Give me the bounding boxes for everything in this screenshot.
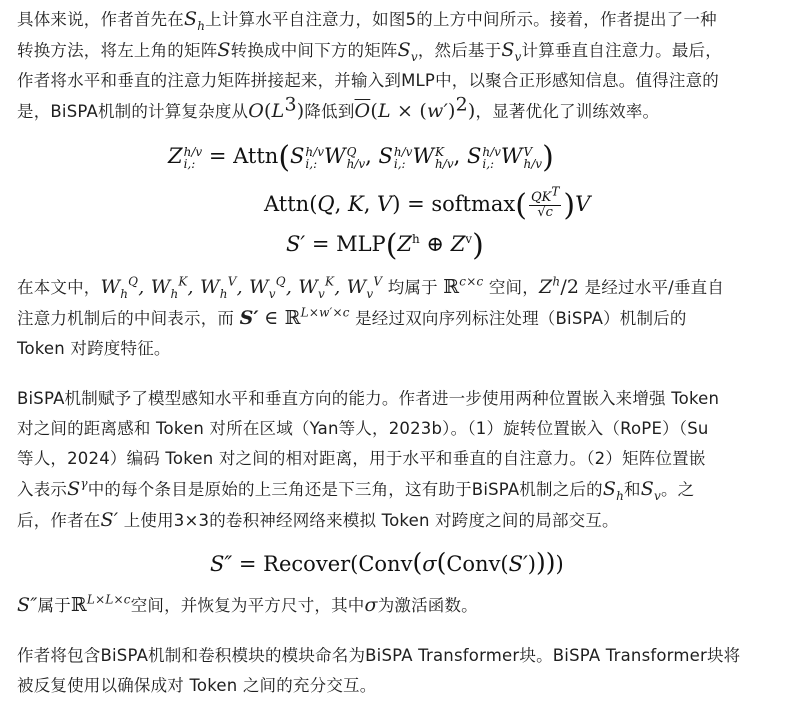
text-line: 作者将水平和垂直的注意力矩阵拼接起来，并输入到MLP中，以聚合正形感知信息。值得… <box>17 66 777 96</box>
math-s-v: Sv <box>398 39 418 61</box>
math: ) <box>448 100 456 122</box>
text: 上计算水平自注意力，如图5的上方中间所示。接着，作者提出了一种 <box>205 10 717 29</box>
math-s-h: Sh <box>184 8 205 30</box>
math: 2 <box>456 94 468 116</box>
math-o-bar: O <box>355 100 371 122</box>
math: w′ <box>427 100 448 122</box>
text-line: 等人，2024）编码 Token 对之间的相对距离，用于水平和垂直的自注意力。（… <box>17 444 777 474</box>
math: ) <box>468 100 476 122</box>
math: ∈ ℝL×w′×c <box>264 307 350 329</box>
text-line: 作者将包含BiSPA机制和卷积模块的模块命名为BiSPA Transformer… <box>17 641 777 671</box>
math-s-prime: S′ <box>101 509 119 531</box>
math-s: S <box>217 39 230 61</box>
text-line: S″属于ℝL×L×c空间，并恢复为平方尺寸，其中σ为激活函数。 <box>17 590 777 621</box>
paragraph-bispa-intro: 具体来说，作者首先在Sh上计算水平自注意力，如图5的上方中间所示。接着，作者提出… <box>17 4 777 127</box>
text: 入表示 <box>17 480 67 499</box>
paragraph-recover: S″属于ℝL×L×c空间，并恢复为平方尺寸，其中σ为激活函数。 <box>17 590 777 621</box>
text: 具体来说，作者首先在 <box>17 10 184 29</box>
equation-attention-hv: Zh/vi,: = Attn(Sh/vi,:WQh/v, Sh/vi,:WKh/… <box>168 140 554 175</box>
math: L <box>378 100 391 122</box>
paragraph-notation: 在本文中，WhQ, WhK, WhV, WvQ, WvK, WvV 均属于 ℝc… <box>17 272 777 364</box>
equation-mlp-concat: S′ = MLP(Zh ⊕ Zv) <box>286 228 484 263</box>
math-s-h: Sh <box>603 478 624 500</box>
document-page: 具体来说，作者首先在Sh上计算水平自注意力，如图5的上方中间所示。接着，作者提出… <box>0 0 796 719</box>
text: 上使用3×3的卷积神经网络来模拟 Token 对跨度之间的局部交互。 <box>124 511 619 530</box>
math-s-v: Sv <box>641 478 661 500</box>
text: 是经过水平/垂直自 <box>585 278 724 297</box>
text-line: 转换方法，将左上角的矩阵S转换成中间下方的矩阵Sv，然后基于Sv计算垂直自注意力… <box>17 35 777 66</box>
math: /2 <box>560 276 579 298</box>
math-real-llc: ℝL×L×c <box>71 594 131 616</box>
text-line: 被反复使用以确保成对 Token 之间的充分交互。 <box>17 671 777 701</box>
text: 属于 <box>38 596 71 615</box>
math: ( <box>264 100 272 122</box>
text: 降低到 <box>304 102 354 121</box>
math-real-cxc: ℝc×c <box>443 276 483 298</box>
text: 中的每个条目是原始的上三角还是下三角，这有助于BiSPA机制之后的 <box>88 480 603 499</box>
text: 是，BiSPA机制的计算复杂度从 <box>17 102 248 121</box>
text-line: BiSPA机制赋予了模型感知水平和垂直方向的能力。作者进一步使用两种位置嵌入来增… <box>17 384 777 414</box>
text: 均属于 <box>388 278 438 297</box>
paragraph-position-embedding: BiSPA机制赋予了模型感知水平和垂直方向的能力。作者进一步使用两种位置嵌入来增… <box>17 384 777 536</box>
text: 。之 <box>661 480 694 499</box>
text: 注意力机制后的中间表示，而 <box>17 309 234 328</box>
text: 计算垂直自注意力。最后， <box>522 41 722 60</box>
text: 为激活函数。 <box>378 596 478 615</box>
text: 空间， <box>489 278 539 297</box>
text-line: 具体来说，作者首先在Sh上计算水平自注意力，如图5的上方中间所示。接着，作者提出… <box>17 4 777 35</box>
text: 转换成中间下方的矩阵 <box>231 41 398 60</box>
text-line: Token 对跨度特征。 <box>17 334 777 364</box>
math-s-v: Sv <box>501 39 521 61</box>
math-o-l3: O <box>248 100 264 122</box>
math-s-gamma: Sγ <box>67 478 88 500</box>
text: 空间，并恢复为平方尺寸，其中 <box>131 596 365 615</box>
math-s-prime: S′ <box>240 307 259 329</box>
math: × ( <box>391 100 427 122</box>
math: 3 <box>285 94 297 116</box>
paragraph-transformer-block: 作者将包含BiSPA机制和卷积模块的模块命名为BiSPA Transformer… <box>17 641 777 701</box>
text-line: 注意力机制后的中间表示，而 S′ ∈ ℝL×w′×c 是经过双向序列标注处理（B… <box>17 303 777 334</box>
text-line: 对之间的距离感和 Token 对所在区域（Yan等人，2023b）。（1）旋转位… <box>17 414 777 444</box>
equation-attn-softmax: Attn(Q, K, V) = softmax(QKT√c)V <box>264 188 590 223</box>
text: 转换方法，将左上角的矩阵 <box>17 41 217 60</box>
text: ，显著优化了训练效率。 <box>476 102 660 121</box>
text: ，然后基于 <box>418 41 502 60</box>
math-s-double-prime: S″ <box>17 594 38 616</box>
text: 后，作者在 <box>17 511 101 530</box>
text-line: 是，BiSPA机制的计算复杂度从O(L3)降低到O(L × (w′)2)，显著优… <box>17 96 777 127</box>
text: 是经过双向序列标注处理（BiSPA）机制后的 <box>355 309 686 328</box>
math: L <box>272 100 285 122</box>
text: 在本文中， <box>17 278 101 297</box>
equation-recover-conv: S″ = Recover(Conv(σ(Conv(S′)))) <box>210 548 564 577</box>
text-line: 在本文中，WhQ, WhK, WhV, WvQ, WvK, WvV 均属于 ℝc… <box>17 272 777 303</box>
text-line: 后，作者在S′ 上使用3×3的卷积神经网络来模拟 Token 对跨度之间的局部交… <box>17 505 777 536</box>
math-weights: WhQ, WhK, WhV, WvQ, WvK, WvV <box>101 276 383 298</box>
math-zh-2: Zh <box>539 276 560 298</box>
math: ( <box>370 100 378 122</box>
text-line: 入表示Sγ中的每个条目是原始的上三角还是下三角，这有助于BiSPA机制之后的Sh… <box>17 474 777 505</box>
math-sigma: σ <box>365 594 378 616</box>
text: 和 <box>624 480 641 499</box>
